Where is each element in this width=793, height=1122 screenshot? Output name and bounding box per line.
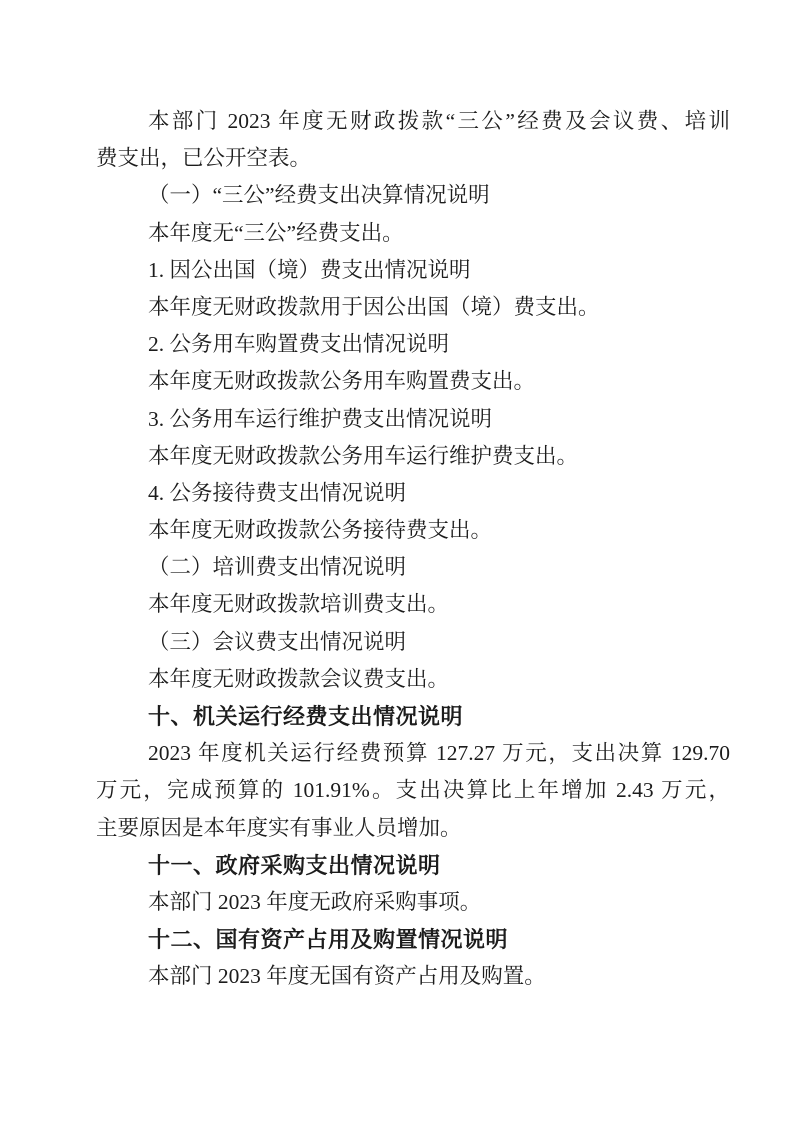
body-text-line: 本部门 2023 年度无国有资产占用及购置。 — [96, 958, 730, 995]
body-text-line: 4. 公务接待费支出情况说明 — [96, 475, 730, 512]
body-text-line: 2023 年度机关运行经费预算 127.27 万元，支出决算 129.70 — [96, 735, 730, 772]
section-heading: 十二、国有资产占用及购置情况说明 — [96, 921, 730, 958]
body-text-line: 本部门 2023 年度无政府采购事项。 — [96, 884, 730, 921]
body-text-line: 万元，完成预算的 101.91%。支出决算比上年增加 2.43 万元， — [96, 772, 730, 809]
section-heading: 十一、政府采购支出情况说明 — [96, 847, 730, 884]
body-text-line: 费支出，已公开空表。 — [96, 140, 730, 177]
body-text-line: 3. 公务用车运行维护费支出情况说明 — [96, 401, 730, 438]
body-text-line: 主要原因是本年度实有事业人员增加。 — [96, 810, 730, 847]
body-text-line: 本年度无财政拨款公务用车运行维护费支出。 — [96, 438, 730, 475]
body-text-line: （一）“三公”经费支出决算情况说明 — [96, 177, 730, 214]
body-text-line: 2. 公务用车购置费支出情况说明 — [96, 326, 730, 363]
body-text-line: 本年度无财政拨款公务接待费支出。 — [96, 512, 730, 549]
document-page: 本部门 2023 年度无财政拨款“三公”经费及会议费、培训费支出，已公开空表。（… — [0, 0, 793, 1122]
body-text-line: 本年度无财政拨款培训费支出。 — [96, 586, 730, 623]
body-text-line: （三）会议费支出情况说明 — [96, 624, 730, 661]
body-text-line: 本年度无“三公”经费支出。 — [96, 215, 730, 252]
body-text-line: （二）培训费支出情况说明 — [96, 549, 730, 586]
body-text-line: 本年度无财政拨款会议费支出。 — [96, 661, 730, 698]
body-text-line: 1. 因公出国（境）费支出情况说明 — [96, 252, 730, 289]
body-text-line: 本部门 2023 年度无财政拨款“三公”经费及会议费、培训 — [96, 103, 730, 140]
body-text-line: 本年度无财政拨款用于因公出国（境）费支出。 — [96, 289, 730, 326]
section-heading: 十、机关运行经费支出情况说明 — [96, 698, 730, 735]
body-text-line: 本年度无财政拨款公务用车购置费支出。 — [96, 363, 730, 400]
